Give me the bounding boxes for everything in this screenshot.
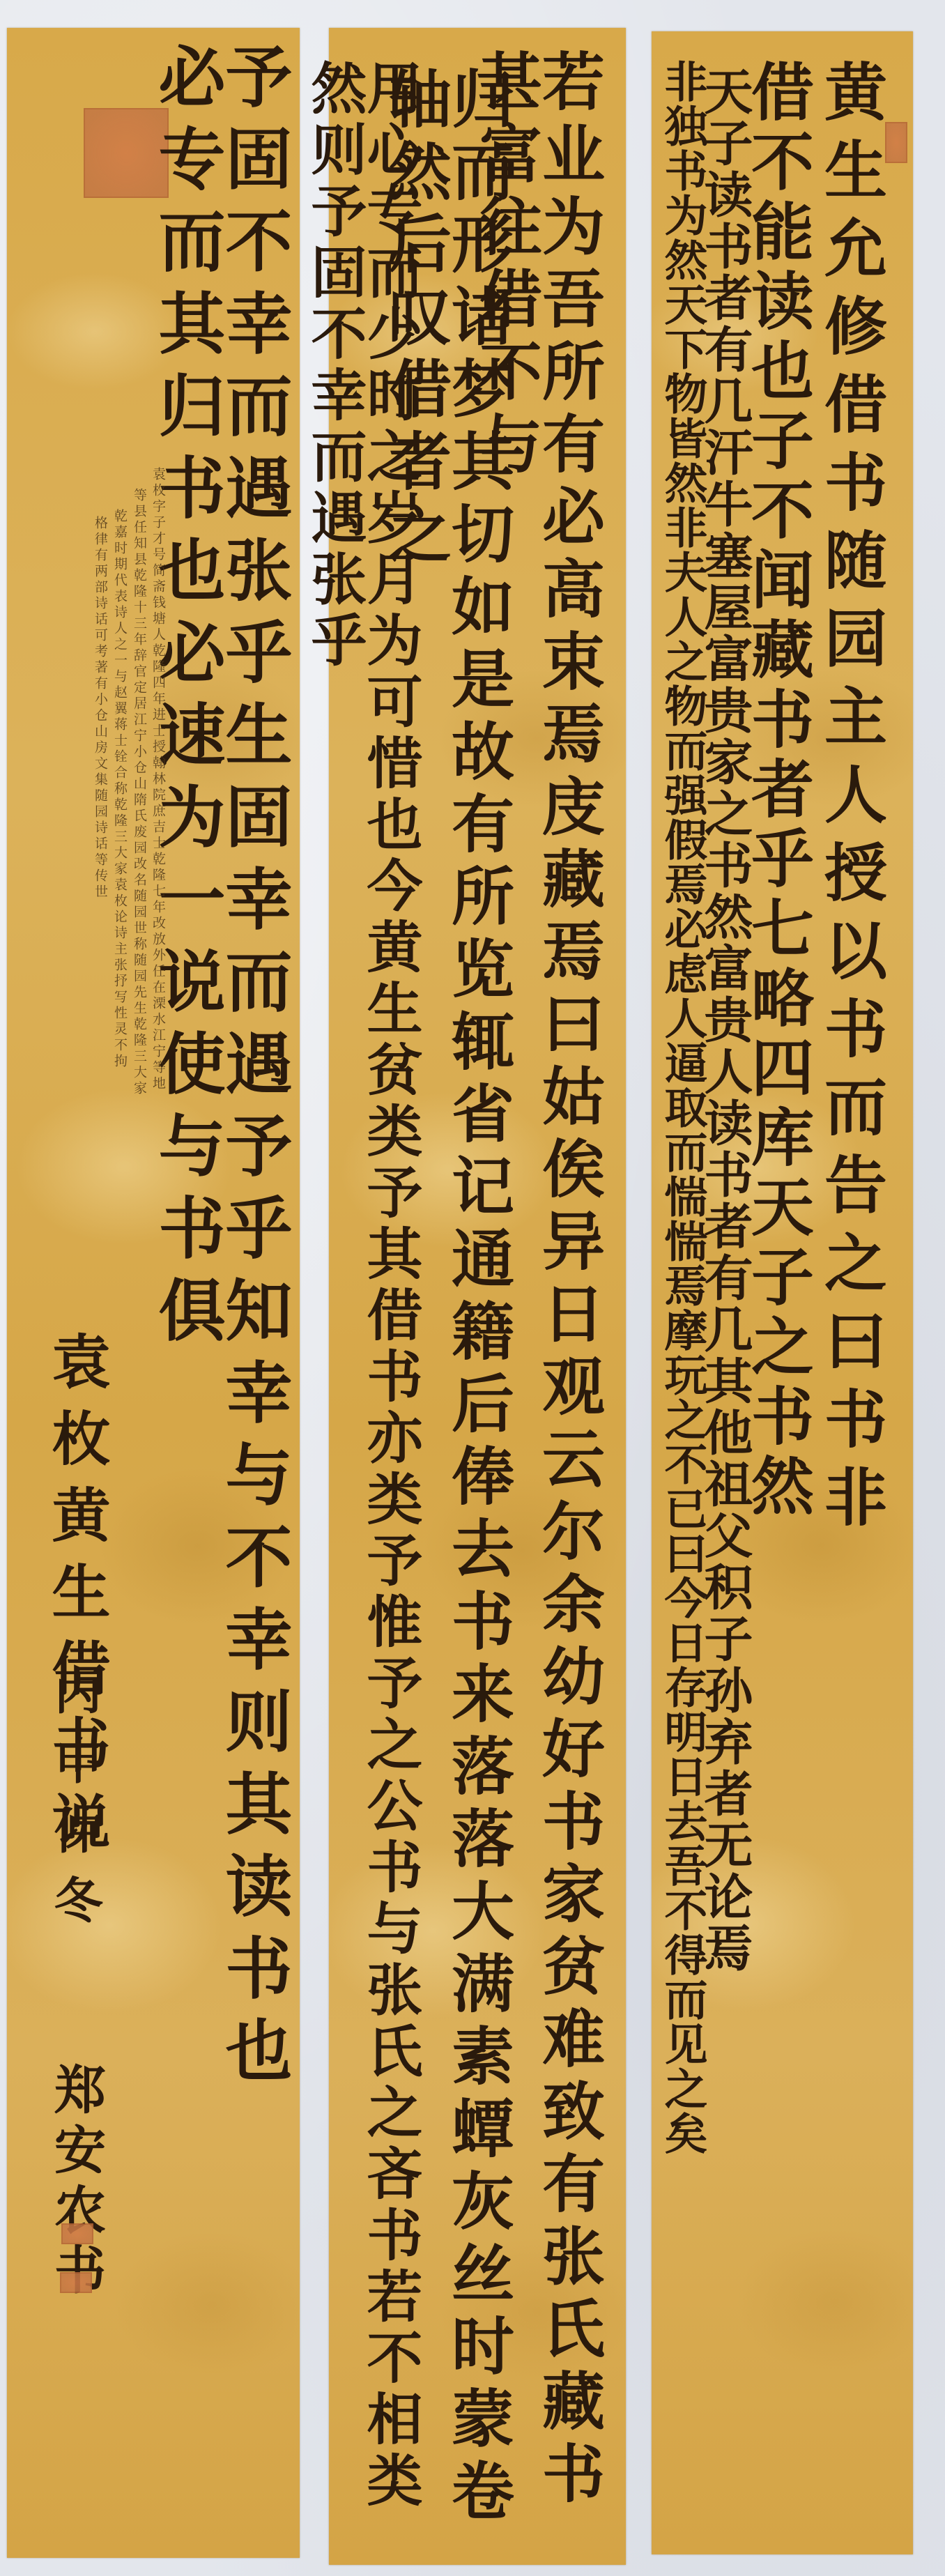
date-column: 丙申仲冬 [50, 1666, 99, 2056]
seal-signature [61, 2223, 93, 2244]
annotation-line: 乾嘉时期代表诗人之一与赵翼蒋士铨合称乾隆三大家袁枚论诗主张抒写性灵不拘 [112, 509, 128, 1248]
scroll-panel-middle: 若业为吾所有必高束焉庋藏焉曰姑俟异日观云尔余幼好书家贫难致有张氏藏书甚富往借不与… [329, 28, 626, 2565]
seal-bottom [60, 2272, 92, 2293]
calligraphy-column: 用心专而少时之岁月为可惜也今黄生贫类予其借书亦类予惟予之公书与张氏之吝书若不相类… [307, 59, 418, 2547]
calligraphy-column: 黄生允修借书随园主人授以书而告之曰书非 [819, 59, 882, 2540]
seal-edge [885, 122, 907, 163]
scroll-panel-right: 黄生允修借书随园主人授以书而告之曰书非 借不能读也子不闻藏书者乎七略四库天子之书… [652, 31, 913, 2554]
annotation-line: 格律有两部诗话可考著有小仓山房文集随园诗话等传世 [92, 516, 109, 1213]
calligraphy-column: 借不能读也子不闻藏书者乎七略四库天子之书然 [746, 59, 808, 2540]
signature-column: 郑安农书 [50, 2063, 102, 2370]
annotation-line: 等县任知县乾隆十三年辞官定居江宁小仓山隋氏废园改名随园世称随园先生乾隆三大家 [131, 488, 148, 1241]
scroll-panel-left: 予固不幸而遇张乎生固幸而遇予乎知幸与不幸则其读书也必专而其归书也必速为一说使与书… [7, 28, 300, 2558]
calligraphy-column: 予固不幸而遇张乎生固幸而遇予乎知幸与不幸则其读书也必专而其归书也必速为一说使与书… [153, 42, 287, 2133]
calligraphy-column: 非独书为然天下物皆然非夫人之物而强假焉必虑人逼取而惴惴焉摩玩之不已曰今日存明日去… [661, 59, 704, 2540]
annotation-line: 袁枚字子才号简斋钱塘人乾隆四年进士授翰林院庶吉士乾隆七年改放外任在溧水江宁等地 [150, 467, 167, 1220]
